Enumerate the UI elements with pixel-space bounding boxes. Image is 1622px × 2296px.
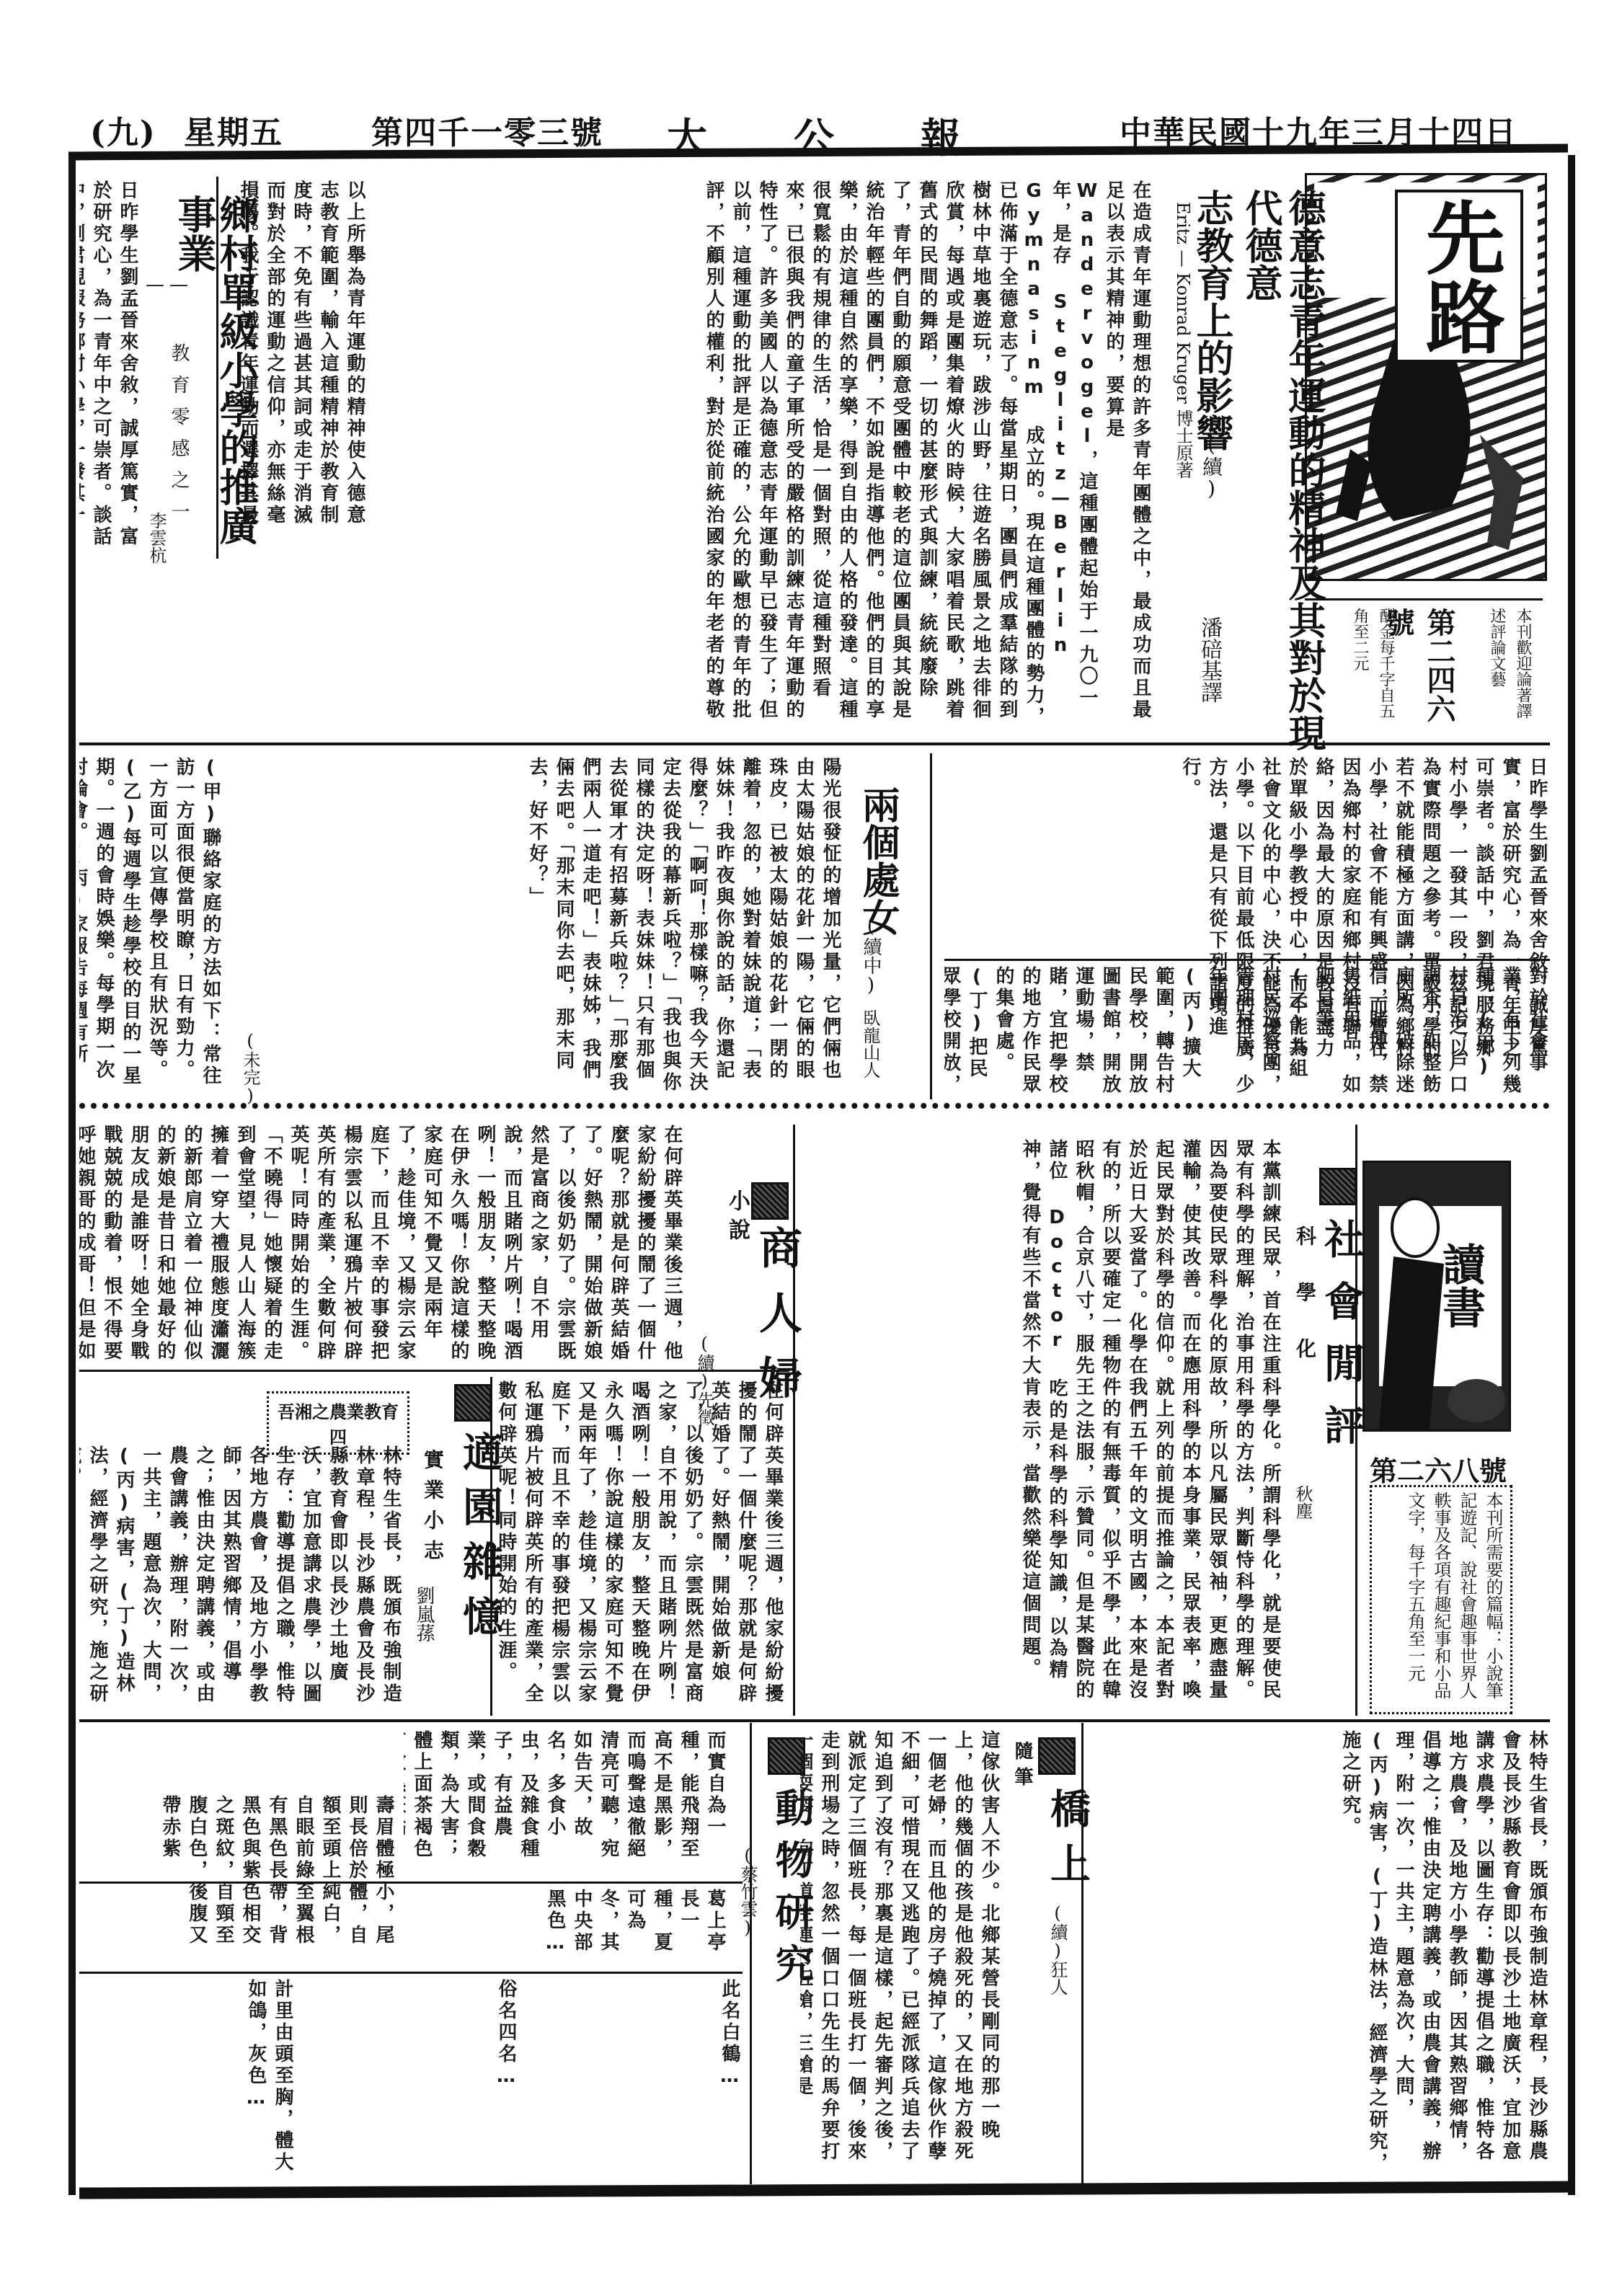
section-marker-icon — [751, 1182, 789, 1220]
animal-item-6: 此名白鶴… — [526, 1979, 743, 2181]
animal-item-2: 壽眉體極小，尾則長倍於體，自額至頭上純白，自眼前綠至翼根有黑色長帶，背黑色與紫色… — [79, 1795, 396, 1961]
social-commentary-subheader: 科學化 — [1290, 1225, 1319, 1394]
two-maidens-continued: (續中) — [858, 916, 885, 996]
section-marker-icon — [1038, 1737, 1076, 1775]
merchant-wife-marker — [751, 1182, 789, 1223]
xianlu-fee: 酬金每千字自五角至二元 — [1347, 608, 1399, 723]
xianlu-banner-title: 先路 — [1395, 190, 1523, 363]
bridge-author: 狂人 — [1045, 1961, 1071, 1995]
section-marker-icon — [454, 1384, 492, 1422]
diamond-divider — [79, 1103, 1550, 1109]
garden-memoirs-subsection: 實業小志 — [418, 1449, 447, 1570]
bridge-title: 橋上 — [1038, 1788, 1096, 1897]
xianlu-notice: 本刊歡迎論著譯述評論文藝 — [1484, 608, 1535, 723]
rural-school-body-left: (甲)聯絡家庭的方法如下：常往訪一方面很便當明瞭，日有勁力。一方面可以宣傳學校且… — [79, 757, 223, 1096]
article-body: 在造成青年運動理想的許多青年團體之中，最成功而且最足以表示其精神的，要算是 Wa… — [375, 180, 1153, 735]
xianlu-info-box: 本刊歡迎論著譯述評論文藝 第二四六號 酬金每千字自五角至二元 — [1305, 598, 1543, 723]
social-commentary-author: 秋塵 — [1290, 1485, 1316, 1520]
bridge-marker — [1038, 1737, 1076, 1778]
reading-notice: 本刊所需要的篇幅：小說筆記遊記、說社會趣事世界人軼事及各項有趣紀事和小品文字，每… — [1370, 1485, 1512, 1714]
animal-item-1: 而實自為一種，能飛翔至高不是黑影，而鳴聲遠徹絕清亮可聽，宛如告天，故名，多食小虫… — [404, 1730, 728, 1878]
social-commentary-header — [1319, 1168, 1357, 1208]
section-marker-icon — [1319, 1168, 1357, 1205]
closing-note: (未完) — [238, 1031, 263, 1106]
social-commentary-title: 社會閒評 — [1312, 1218, 1370, 1466]
masthead: (九) 星期五 第四千一零三號 大公報 中華民國十九年三月十四日 — [68, 101, 1561, 151]
garden-memoirs-body: 林特生省長，既頒布強制造林章程，長沙縣農會及長沙縣教育會即以長沙土地廣沃，宜加意… — [79, 1445, 404, 1712]
issue-number: 第四千一零三號 — [371, 107, 603, 153]
animal-item-5: 俗名四名… — [303, 1979, 519, 2181]
section-rule — [79, 743, 1550, 745]
article-continued: (續) — [1197, 433, 1226, 500]
animal-item-3: 葛上亭長一種，夏可為冬，其中央部黑色… — [404, 1889, 728, 1968]
section-rule — [79, 1370, 789, 1372]
garden-memoirs-continued: 林特生省長，既頒布強制造林章程，長沙縣農會及長沙縣教育會即以長沙土地廣沃，宜加意… — [1089, 1730, 1550, 2177]
bridge-continued: (續) — [1045, 1903, 1071, 1961]
rural-school-author: 李雲杭 — [144, 512, 169, 564]
column-divider — [793, 1125, 795, 1716]
social-commentary-body: 本黨訓練民眾，首在注重科學化。所謂科學化，就是要使民眾有科學的理解，治事用科學的… — [807, 1139, 1283, 1708]
rural-school-body: 日昨學生劉孟晉來舍敘，誠厚篤實，富於研究心，為一青年中之可崇者。談話中，劉君現服… — [79, 180, 141, 555]
page-number: (九) — [90, 107, 156, 153]
two-maidens-author: 臥龍山人 — [858, 1009, 883, 1078]
garden-memoirs-author: 劉嵐蓀 — [411, 1586, 438, 1642]
garden-memoirs-marker — [454, 1384, 492, 1424]
animal-research-author: (蔡竹雲) — [735, 1845, 761, 1938]
bridge-category: 隨筆 — [1009, 1741, 1036, 1793]
two-maidens-title: 兩個處女 — [851, 786, 905, 936]
section-rule — [944, 959, 1550, 961]
section-rule — [79, 1719, 1550, 1722]
article-title-line1: 德意志青年運動的精神及其對於現代德意 — [1238, 189, 1325, 766]
bridge-body: 這傢伙害人不少。北鄉某營長剛同的那一晚上，他的幾個的孩是他殺死的，又在地方殺死一… — [800, 1730, 1002, 2177]
two-maidens-body: 陽光很發怔的增加光量，它們倆也由太陽姑娘的花針一陽，它倆的眼珠皮，已被太陽姑娘的… — [231, 757, 843, 1096]
merchant-wife-body: 在何辟英畢業後三週，他家紛紛擾擾的鬧了一個什麼呢？那就是何辟英結婚了。好熱鬧，開… — [79, 1125, 685, 1362]
reading-banner-illustration: 讀書 — [1362, 1161, 1511, 1432]
section-rule — [79, 1881, 743, 1884]
column-divider — [930, 753, 932, 1099]
reading-issue-number: 第二六八號 — [1366, 1449, 1510, 1489]
column-divider — [490, 1377, 492, 1716]
animal-item-4: 計里由頭至胸，體大如鴿，灰色… — [79, 1979, 296, 2181]
article-translator: 潘碚基譯 — [1193, 616, 1225, 703]
merchant-wife-category: 小說 — [721, 1189, 753, 1247]
merchant-wife-body-cont: 在何辟英畢業後三週，他家紛紛擾擾的鬧了一個什麼呢？那就是何辟英結婚了。好熱鬧，開… — [497, 1380, 786, 1712]
methods-item2: 對於社會事業，有下列幾種：(甲)村自治，戶口調查，如整飭廁所，破除迷信，賭博，禁… — [944, 966, 1550, 1096]
reading-banner-title: 讀書 — [1430, 1242, 1492, 1329]
column-divider — [750, 1723, 752, 2184]
xianlu-banner-illustration: 先路 — [1305, 173, 1547, 581]
article-byline: Eritz — Konrad Kruger 博士原著 — [1171, 202, 1196, 577]
weekday: 星期五 — [184, 107, 283, 153]
section-rule — [79, 1972, 743, 1974]
